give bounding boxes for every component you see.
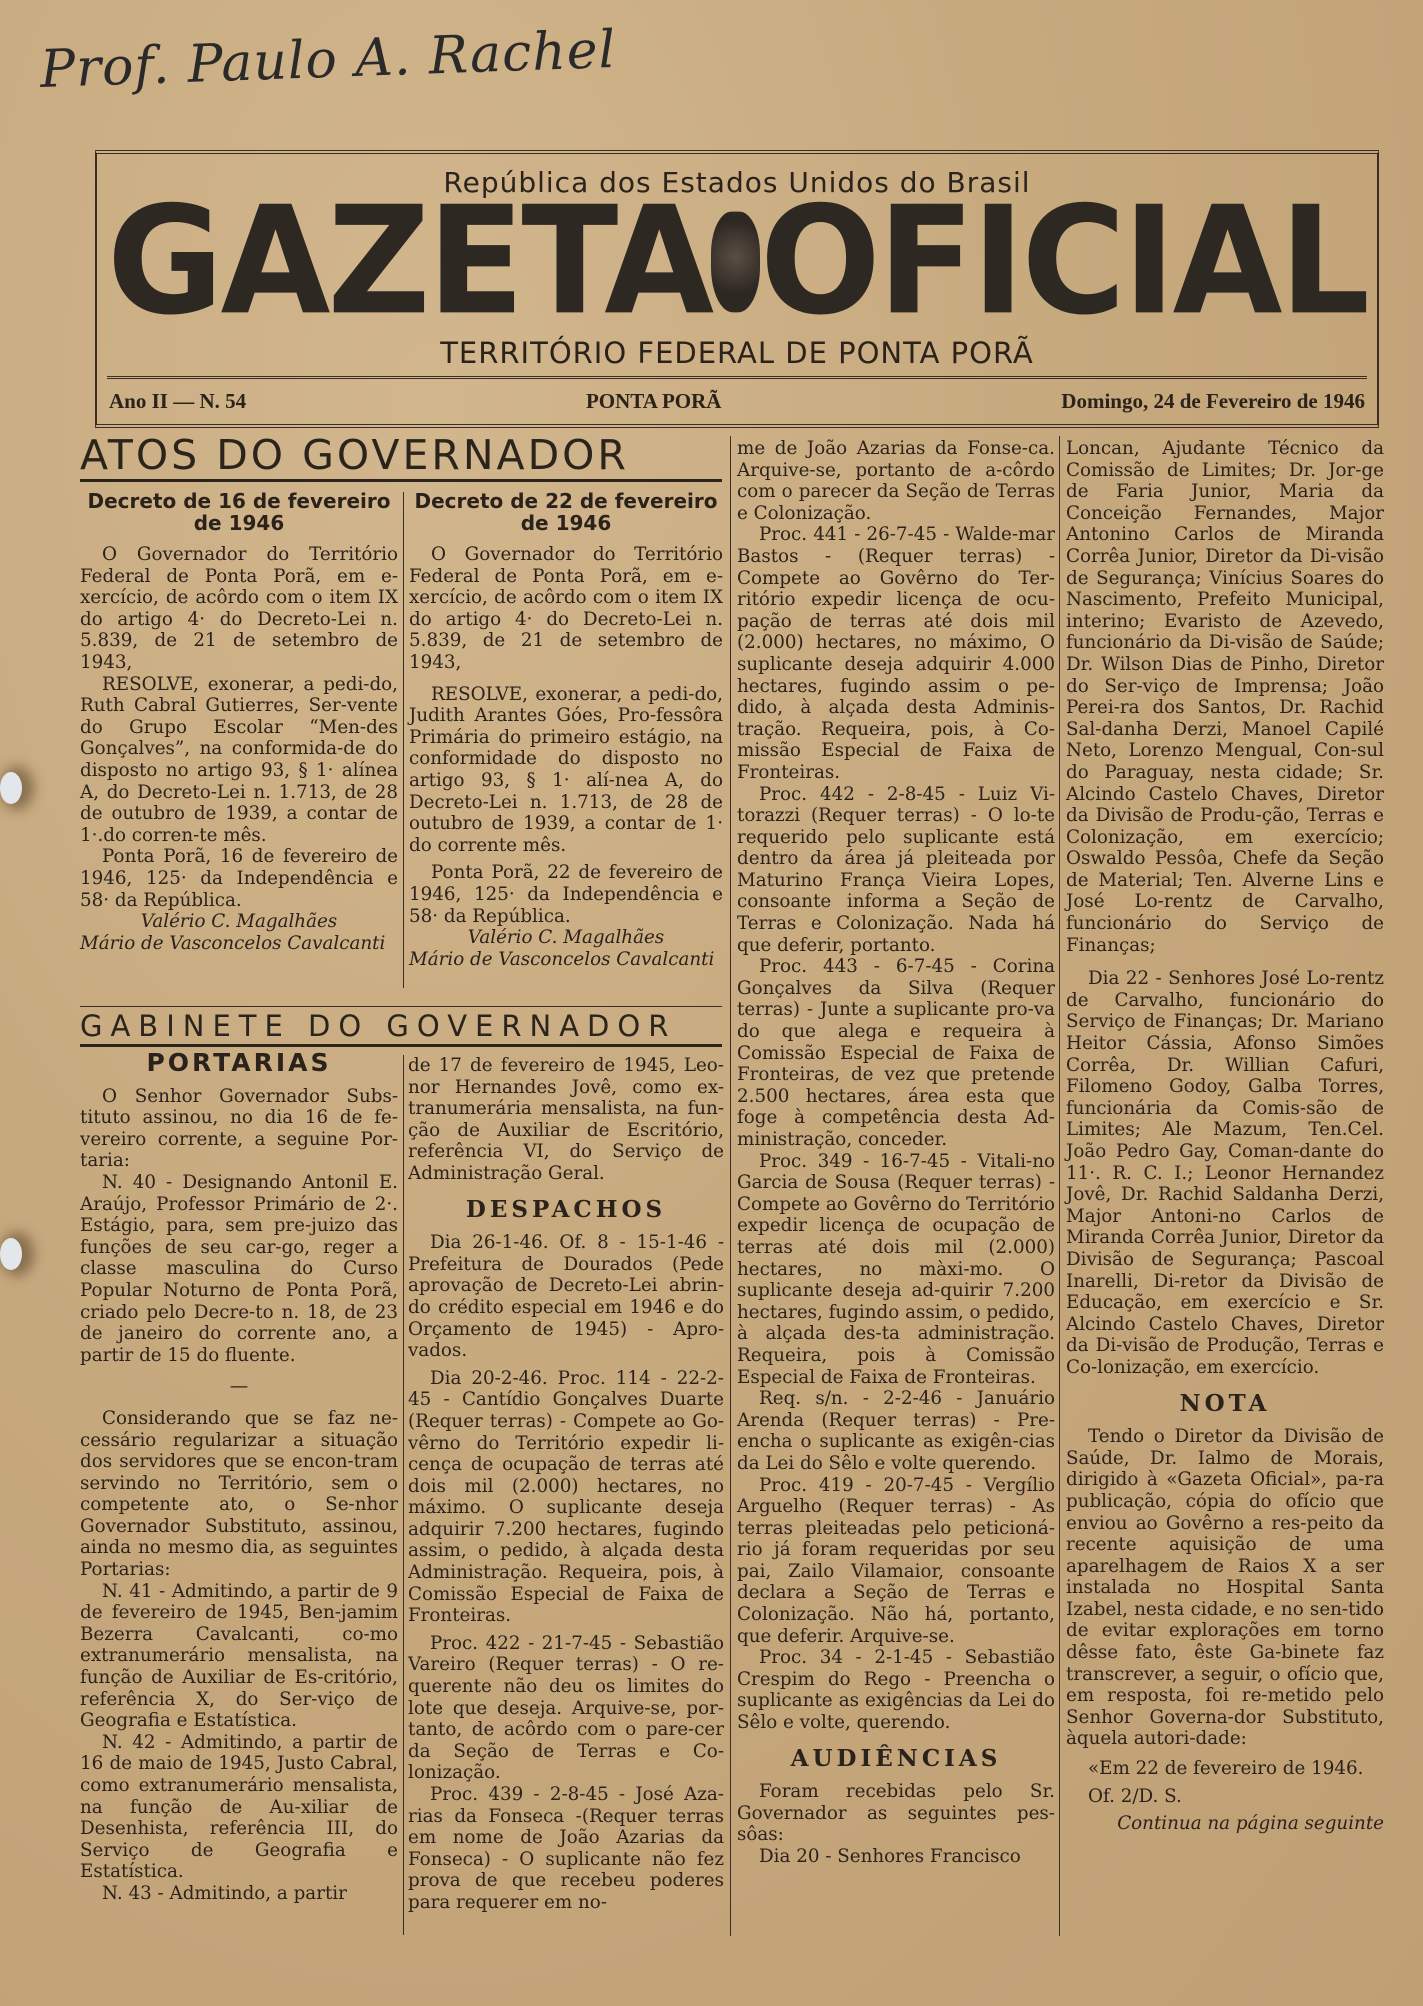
- column-3: me de João Azarias da Fonse-ca. Arquive-…: [737, 438, 1055, 1868]
- paragraph: RESOLVE, exonerar, a pedi-do, Judith Ara…: [409, 684, 723, 857]
- binder-hole: [0, 1238, 22, 1270]
- dispatch-item: Proc. 419 - 20-7-45 - Vergílio Arguelho …: [737, 1475, 1055, 1648]
- paragraph: Of. 2/D. S.: [1066, 1786, 1384, 1808]
- paragraph: O Governador do Território Federal de Po…: [409, 544, 723, 674]
- title-left: GAZETA: [107, 187, 711, 336]
- handwritten-signature: Prof. Paulo A. Rachel: [39, 20, 617, 100]
- binder-hole: [0, 772, 22, 804]
- coat-of-arms-icon: [711, 212, 760, 313]
- paragraph: O Governador do Território Federal de Po…: [80, 544, 398, 674]
- decree-1: Decreto de 16 de fevereiro de 1946 O Gov…: [80, 490, 398, 954]
- dispatch-item: Proc. 349 - 16-7-45 - Vitali-no Garcia d…: [737, 1151, 1055, 1389]
- paragraph: N. 40 - Designando Antonil E. Araújo, Pr…: [80, 1172, 398, 1366]
- dispatch-item: Req. s/n. - 2-2-46 - Januário Arenda (Re…: [737, 1388, 1055, 1474]
- issue-info: Ano II — N. 54 PONTA PORÃ Domingo, 24 de…: [109, 389, 1365, 414]
- paragraph: «Em 22 de fevereiro de 1946.: [1066, 1758, 1384, 1780]
- paragraph: Dia 20 - Senhores Francisco: [737, 1846, 1055, 1868]
- dispatch-item: Dia 20-2-46. Proc. 114 - 22-2-45 - Cantí…: [408, 1368, 724, 1627]
- decree-2: Decreto de 22 de fevereiro de 1946 O Gov…: [409, 490, 723, 970]
- dispatch-item: Proc. 34 - 2-1-45 - Sebastião Crespim do…: [737, 1647, 1055, 1733]
- column-rule: [403, 1055, 404, 1935]
- separator: —: [80, 1376, 398, 1398]
- section-heading-atos: ATOS DO GOVERNADOR: [80, 433, 722, 482]
- audiencias-heading: AUDIÊNCIAS: [737, 1748, 1055, 1770]
- masthead-rule: [107, 376, 1367, 379]
- column-rule: [730, 436, 731, 1936]
- signature: Valério C. Magalhães: [80, 911, 398, 933]
- paragraph: Tendo o Diretor da Divisão de Saúde, Dr.…: [1066, 1426, 1384, 1750]
- paragraph: Dia 22 - Senhores José Lo-rentz de Carva…: [1066, 968, 1384, 1378]
- paragraph: Foram recebidas pelo Sr. Governador as s…: [737, 1781, 1055, 1846]
- dispatch-item: Dia 26-1-46. Of. 8 - 15-1-46 - Prefeitur…: [408, 1232, 724, 1362]
- paragraph: O Senhor Governador Subs-tituto assinou,…: [80, 1086, 398, 1172]
- decree-title: Decreto de 16 de fevereiro de 1946: [80, 490, 398, 534]
- territory-line: TERRITÓRIO FEDERAL DE PONTA PORÃ: [97, 336, 1377, 370]
- paragraph: de 17 de fevereiro de 1945, Leo-nor Hern…: [408, 1055, 724, 1185]
- section-rule: [80, 1006, 722, 1007]
- column-rule: [1059, 436, 1060, 1936]
- issue-date: Domingo, 24 de Fevereiro de 1946: [1061, 389, 1365, 414]
- section-heading-gabinete: GABINETE DO GOVERNADOR: [80, 1010, 722, 1047]
- issue-number: Ano II — N. 54: [109, 389, 246, 414]
- decree-title: Decreto de 22 de fevereiro de 1946: [409, 490, 723, 534]
- paragraph: Loncan, Ajudante Técnico da Comissão de …: [1066, 438, 1384, 956]
- title-right: OFICIAL: [760, 187, 1367, 336]
- dispatch-item: Proc. 443 - 6-7-45 - Corina Gonçalves da…: [737, 956, 1055, 1150]
- signature: Mário de Vasconcelos Cavalcanti: [409, 949, 723, 971]
- despachos-heading: DESPACHOS: [408, 1199, 724, 1221]
- dispatch-item: Proc. 439 - 2-8-45 - José Aza-rias da Fo…: [408, 1784, 724, 1914]
- dispatch-item: me de João Azarias da Fonse-ca. Arquive-…: [737, 438, 1055, 524]
- paragraph: N. 43 - Admitindo, a partir: [80, 1883, 398, 1905]
- paragraph: N. 42 - Admitindo, a partir de 16 de mai…: [80, 1732, 398, 1883]
- paragraph: Considerando que se faz ne-cessário regu…: [80, 1408, 398, 1581]
- paragraph: Ponta Porã, 22 de fevereiro de 1946, 125…: [409, 862, 723, 927]
- portarias-column: PORTARIAS O Senhor Governador Subs-titut…: [80, 1052, 398, 1905]
- paragraph: Ponta Porã, 16 de fevereiro de 1946, 125…: [80, 846, 398, 911]
- portarias-heading: PORTARIAS: [80, 1052, 398, 1074]
- masthead: República dos Estados Unidos do Brasil G…: [95, 150, 1379, 428]
- despachos-column: de 17 de fevereiro de 1945, Leo-nor Hern…: [408, 1055, 724, 1914]
- column-rule: [403, 492, 404, 988]
- signature: Mário de Vasconcelos Cavalcanti: [80, 933, 398, 955]
- newspaper-title: GAZETA OFICIAL: [107, 199, 1367, 325]
- paragraph: RESOLVE, exonerar, a pedi-do, Ruth Cabra…: [80, 674, 398, 847]
- paragraph: N. 41 - Admitindo, a partir de 9 de feve…: [80, 1581, 398, 1732]
- signature: Valério C. Magalhães: [409, 927, 723, 949]
- nota-heading: NOTA: [1066, 1393, 1384, 1415]
- column-4: Loncan, Ajudante Técnico da Comissão de …: [1066, 438, 1384, 1835]
- issue-place: PONTA PORÃ: [586, 389, 722, 414]
- dispatch-item: Proc. 442 - 2-8-45 - Luiz Vi-torazzi (Re…: [737, 784, 1055, 957]
- dispatch-item: Proc. 441 - 26-7-45 - Walde-mar Bastos -…: [737, 524, 1055, 783]
- dispatch-item: Proc. 422 - 21-7-45 - Sebastião Vareiro …: [408, 1633, 724, 1784]
- continues-note: Continua na página seguinte: [1066, 1813, 1384, 1835]
